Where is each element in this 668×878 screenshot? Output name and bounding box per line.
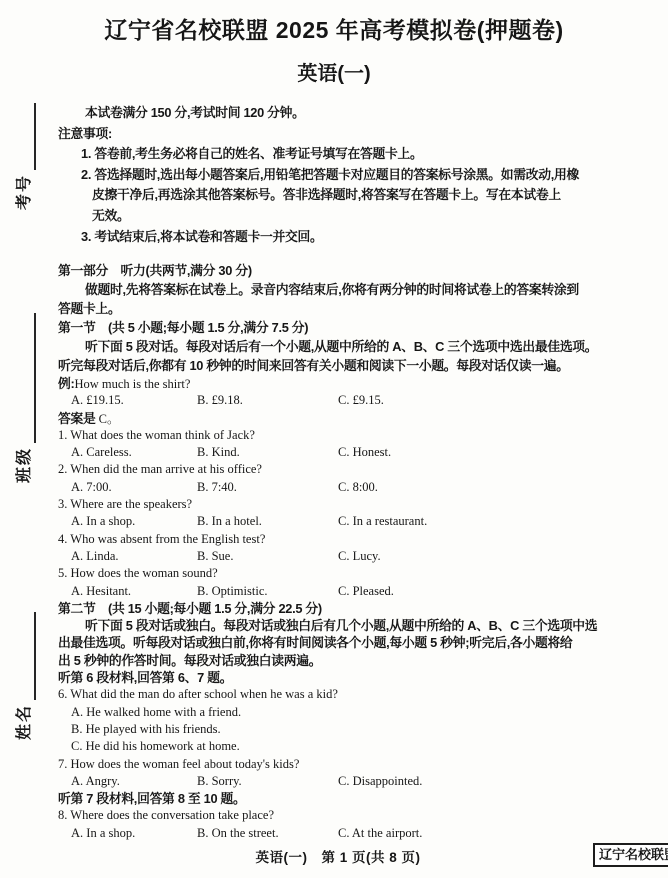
main-line-17: 5. How does the woman sound? [58, 565, 646, 582]
option-b: B. 7:40. [197, 479, 237, 496]
option-a: A. £19.15. [71, 392, 124, 409]
notice-line-3: 2. 答选择题时,选出每小题答案后,用铅笔把答题卡对应题目的答案标号涂黑。如需改… [58, 165, 644, 186]
main-line-25: A. He walked home with a friend. [58, 704, 646, 721]
footer-stamp: 辽宁名校联盟 [593, 843, 668, 867]
notice-line-6: 3. 考试结束后,将本试卷和答题卡一并交回。 [58, 227, 644, 248]
main-line-9: 1. What does the woman think of Jack? [58, 427, 646, 444]
page-subtitle: 英语(一) [0, 57, 668, 86]
option-a: A. Hesitant. [71, 583, 131, 600]
notice-line-5: 无效。 [58, 206, 644, 227]
notice-line-2: 1. 答卷前,考生务必将自己的姓名、准考证号填写在答题卡上。 [58, 144, 644, 165]
main-line-6: 例:How much is the shirt? [58, 375, 646, 392]
main-line-21: 出最佳选项。听每段对话或独白前,你将有时间阅读各个小题,每小题 5 秒钟;听完后… [58, 634, 646, 651]
option-b: B. Kind. [197, 444, 240, 461]
option-c: C. At the airport. [338, 825, 422, 842]
main-options-row-14: A. In a shop.B. In a hotel.C. In a resta… [58, 513, 646, 530]
main-line-24: 6. What did the man do after school when… [58, 686, 646, 703]
option-a: A. Linda. [71, 548, 119, 565]
main-options-row-16: A. Linda.B. Sue.C. Lucy. [58, 548, 646, 565]
option-b: B. On the street. [197, 825, 279, 842]
notice-line-0: 本试卷满分 150 分,考试时间 120 分钟。 [58, 103, 644, 124]
main-line-8: 答案是 C。 [58, 410, 646, 427]
main-options-row-12: A. 7:00.B. 7:40.C. 8:00. [58, 479, 646, 496]
notice-line-4: 皮擦干净后,再选涂其他答案标号。答非选择题时,将答案写在答题卡上。写在本试卷上 [58, 185, 644, 206]
option-a: A. In a shop. [71, 825, 135, 842]
binding-line-segment [34, 103, 36, 170]
notice-line-1: 注意事项: [58, 124, 644, 145]
option-b: B. Sorry. [197, 773, 242, 790]
option-c: C. Lucy. [338, 548, 381, 565]
exam-paper-page: 辽宁省名校联盟 2025 年高考模拟卷(押题卷) 英语(一) 考号 班级 姓名 … [0, 0, 668, 878]
option-a: A. In a shop. [71, 513, 135, 530]
main-line-13: 3. Where are the speakers? [58, 496, 646, 513]
option-b: B. Sue. [197, 548, 233, 565]
option-c: C. 8:00. [338, 479, 378, 496]
main-line-28: 7. How does the woman feel about today's… [58, 756, 646, 773]
main-line-4: 听下面 5 段对话。每段对话后有一个小题,从题中所给的 A、B、C 三个选项中选… [58, 337, 646, 356]
main-line-1: 做题时,先将答案标在试卷上。录音内容结束后,你将有两分钟的时间将试卷上的答案转涂… [58, 280, 646, 299]
main-options-row-29: A. Angry.B. Sorry.C. Disappointed. [58, 773, 646, 790]
option-a: A. Careless. [71, 444, 132, 461]
line-text: C。 [96, 412, 120, 426]
main-options-row-10: A. Careless.B. Kind.C. Honest. [58, 444, 646, 461]
line-prefix: 答案是 [58, 411, 96, 426]
notice-section: 本试卷满分 150 分,考试时间 120 分钟。注意事项:1. 答卷前,考生务必… [58, 103, 644, 247]
main-line-15: 4. Who was absent from the English test? [58, 531, 646, 548]
main-line-11: 2. When did the man arrive at his office… [58, 461, 646, 478]
main-line-22: 出 5 秒钟的作答时间。每段对话或独白读两遍。 [58, 652, 646, 669]
main-line-19: 第二节 (共 15 小题;每小题 1.5 分,满分 22.5 分) [58, 600, 646, 617]
footer-page-number: 英语(一) 第 1 页(共 8 页) [58, 846, 618, 866]
option-b: B. Optimistic. [197, 583, 268, 600]
binding-line-segment [34, 612, 36, 700]
main-options-row-18: A. Hesitant.B. Optimistic.C. Pleased. [58, 583, 646, 600]
main-line-2: 答题卡上。 [58, 299, 646, 318]
option-a: A. Angry. [71, 773, 120, 790]
option-c: C. In a restaurant. [338, 513, 427, 530]
option-c: C. Disappointed. [338, 773, 422, 790]
main-line-3: 第一节 (共 5 小题;每小题 1.5 分,满分 7.5 分) [58, 318, 646, 337]
main-line-30: 听第 7 段材料,回答第 8 至 10 题。 [58, 790, 646, 807]
line-text: How much is the shirt? [74, 377, 190, 391]
binding-line-segment [34, 313, 36, 443]
main-line-5: 听完每段对话后,你都有 10 秒钟的时间来回答有关小题和阅读下一小题。每段对话仅… [58, 356, 646, 375]
main-line-0: 第一部分 听力(共两节,满分 30 分) [58, 261, 646, 280]
main-line-26: B. He played with his friends. [58, 721, 646, 738]
listening-section: 第一部分 听力(共两节,满分 30 分)做题时,先将答案标在试卷上。录音内容结束… [58, 261, 646, 842]
main-options-row-7: A. £19.15.B. £9.18.C. £9.15. [58, 392, 646, 409]
option-a: A. 7:00. [71, 479, 112, 496]
option-b: B. In a hotel. [197, 513, 262, 530]
main-line-27: C. He did his homework at home. [58, 738, 646, 755]
main-line-31: 8. Where does the conversation take plac… [58, 807, 646, 824]
option-c: C. £9.15. [338, 392, 384, 409]
main-line-20: 听下面 5 段对话或独白。每段对话或独白后有几个小题,从题中所给的 A、B、C … [58, 617, 646, 634]
sidebar-field-name: 姓名 [0, 700, 44, 744]
main-options-row-32: A. In a shop.B. On the street.C. At the … [58, 825, 646, 842]
line-prefix: 例: [58, 376, 74, 391]
option-c: C. Pleased. [338, 583, 394, 600]
main-line-23: 听第 6 段材料,回答第 6、7 题。 [58, 669, 646, 686]
sidebar-field-class: 班级 [0, 443, 44, 487]
sidebar-field-exam-number: 考号 [0, 170, 44, 214]
page-title: 辽宁省名校联盟 2025 年高考模拟卷(押题卷) [0, 12, 668, 45]
option-b: B. £9.18. [197, 392, 243, 409]
option-c: C. Honest. [338, 444, 391, 461]
